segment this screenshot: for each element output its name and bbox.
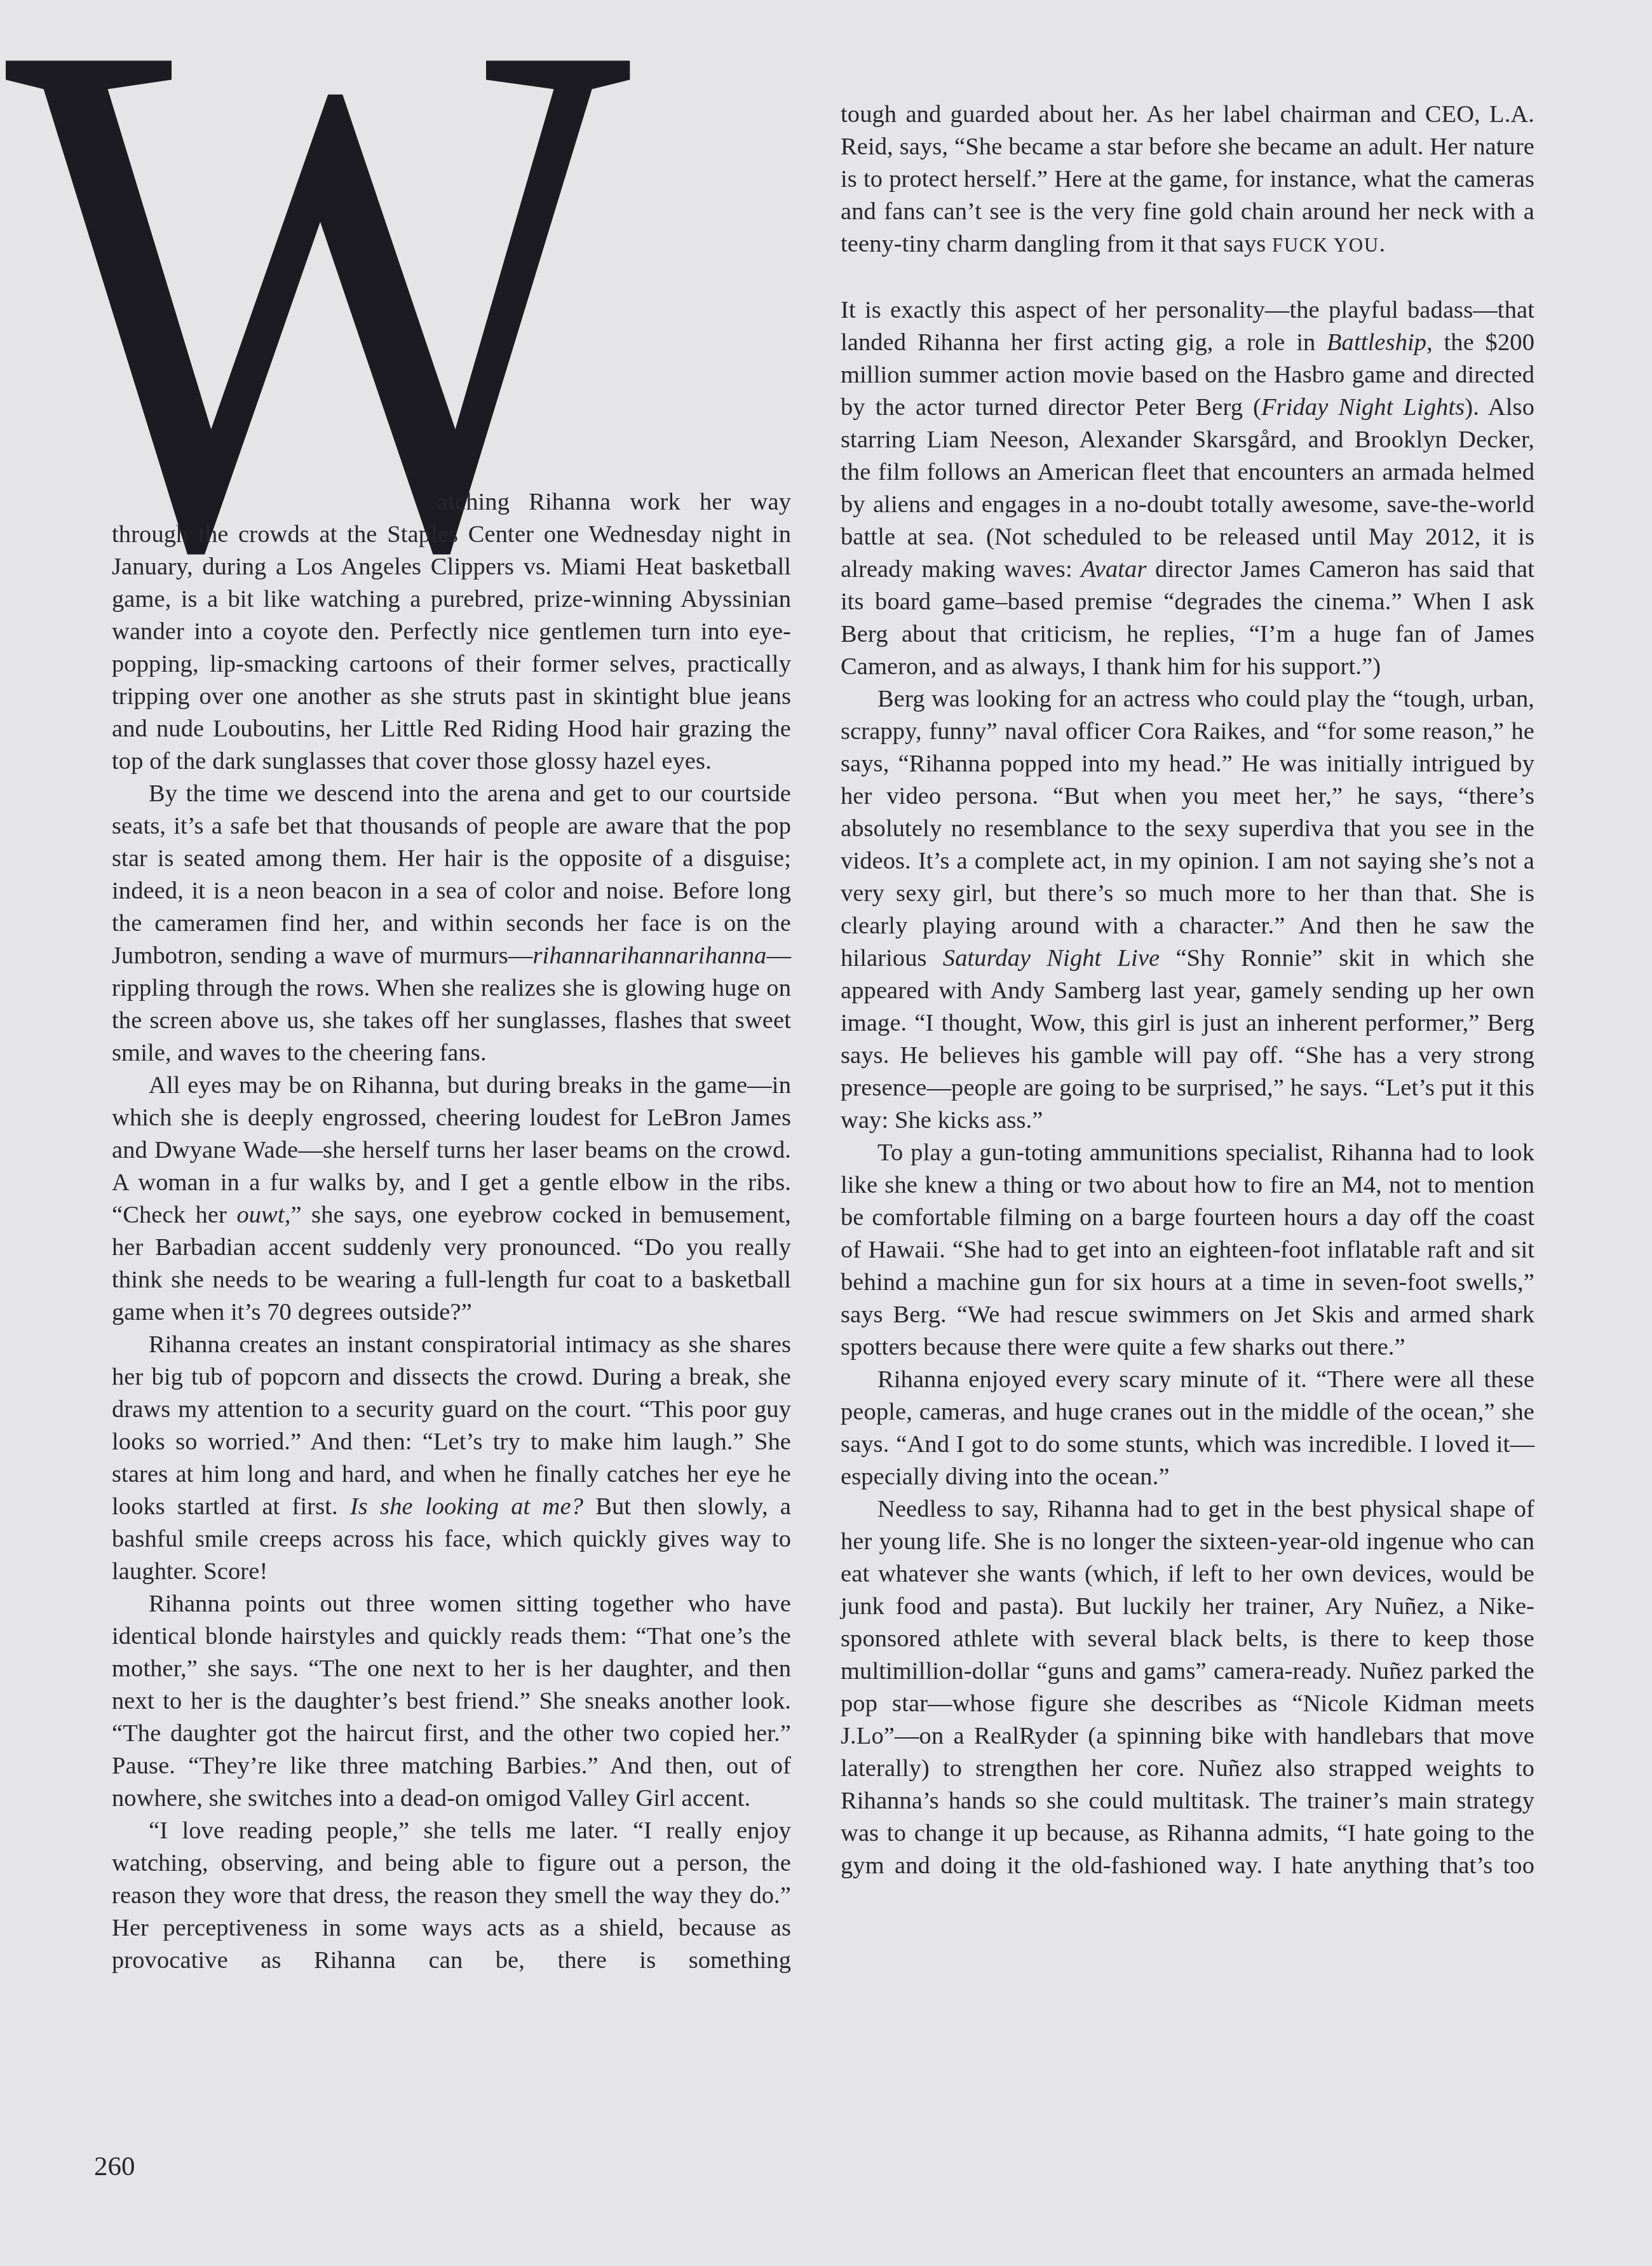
- text-run: Needless to say, Rihanna had to get in t…: [841, 1496, 1534, 1879]
- text-run: To play a gun-toting ammunitions special…: [841, 1139, 1534, 1360]
- italic-text: ouwt,: [236, 1202, 290, 1228]
- article-body: atching Rihanna work her way through the…: [112, 98, 1534, 1977]
- text-run: Rihanna creates an instant conspiratoria…: [112, 1331, 791, 1520]
- italic-text: Avatar: [1081, 556, 1146, 583]
- text-run: “Shy Ronnie” skit in which she appeared …: [841, 945, 1534, 1134]
- text-run: atching Rihanna work her way through the…: [112, 489, 791, 775]
- italic-text: Battleship,: [1327, 329, 1433, 356]
- article-column-left: atching Rihanna work her way through the…: [112, 98, 791, 1977]
- paragraph: Rihanna creates an instant conspiratoria…: [112, 1329, 791, 1588]
- text-run: Rihanna points out three women sitting t…: [112, 1591, 791, 1812]
- text-run: tough and guarded about her. As her labe…: [841, 101, 1534, 257]
- paragraph: Rihanna enjoyed every scary minute of it…: [841, 1364, 1534, 1493]
- paragraph: Rihanna points out three women sitting t…: [112, 1588, 791, 1815]
- text-run: By the time we descend into the arena an…: [112, 780, 791, 969]
- paragraph: Berg was looking for an actress who coul…: [841, 683, 1534, 1137]
- text-run: “I love reading people,” she tells me la…: [112, 1817, 791, 1974]
- paragraph: “I love reading people,” she tells me la…: [112, 1815, 791, 1977]
- text-run: ). Also starring Liam Neeson, Alexander …: [841, 394, 1534, 583]
- text-run: .: [1379, 231, 1386, 257]
- article-column-right: tough and guarded about her. As her labe…: [841, 98, 1534, 1977]
- paragraph: By the time we descend into the arena an…: [112, 778, 791, 1069]
- page-number: 260: [94, 2151, 135, 2182]
- paragraph: All eyes may be on Rihanna, but during b…: [112, 1069, 791, 1329]
- text-run: Rihanna enjoyed every scary minute of it…: [841, 1366, 1534, 1490]
- paragraph: tough and guarded about her. As her labe…: [841, 98, 1534, 261]
- italic-text: rihannarihannarihanna: [533, 942, 767, 969]
- paragraph: atching Rihanna work her way through the…: [112, 486, 791, 778]
- italic-text: Friday Night Lights: [1261, 394, 1465, 421]
- smallcaps-text: FUCK YOU: [1272, 234, 1379, 256]
- paragraph: Needless to say, Rihanna had to get in t…: [841, 1493, 1534, 1882]
- magazine-page: W atching Rihanna work her way through t…: [0, 0, 1652, 2266]
- italic-text: Is she looking at me?: [350, 1493, 583, 1520]
- paragraph: To play a gun-toting ammunitions special…: [841, 1137, 1534, 1364]
- text-run: Berg was looking for an actress who coul…: [841, 686, 1534, 972]
- italic-text: Saturday Night Live: [943, 945, 1160, 972]
- paragraph: It is exactly this aspect of her persona…: [841, 294, 1534, 683]
